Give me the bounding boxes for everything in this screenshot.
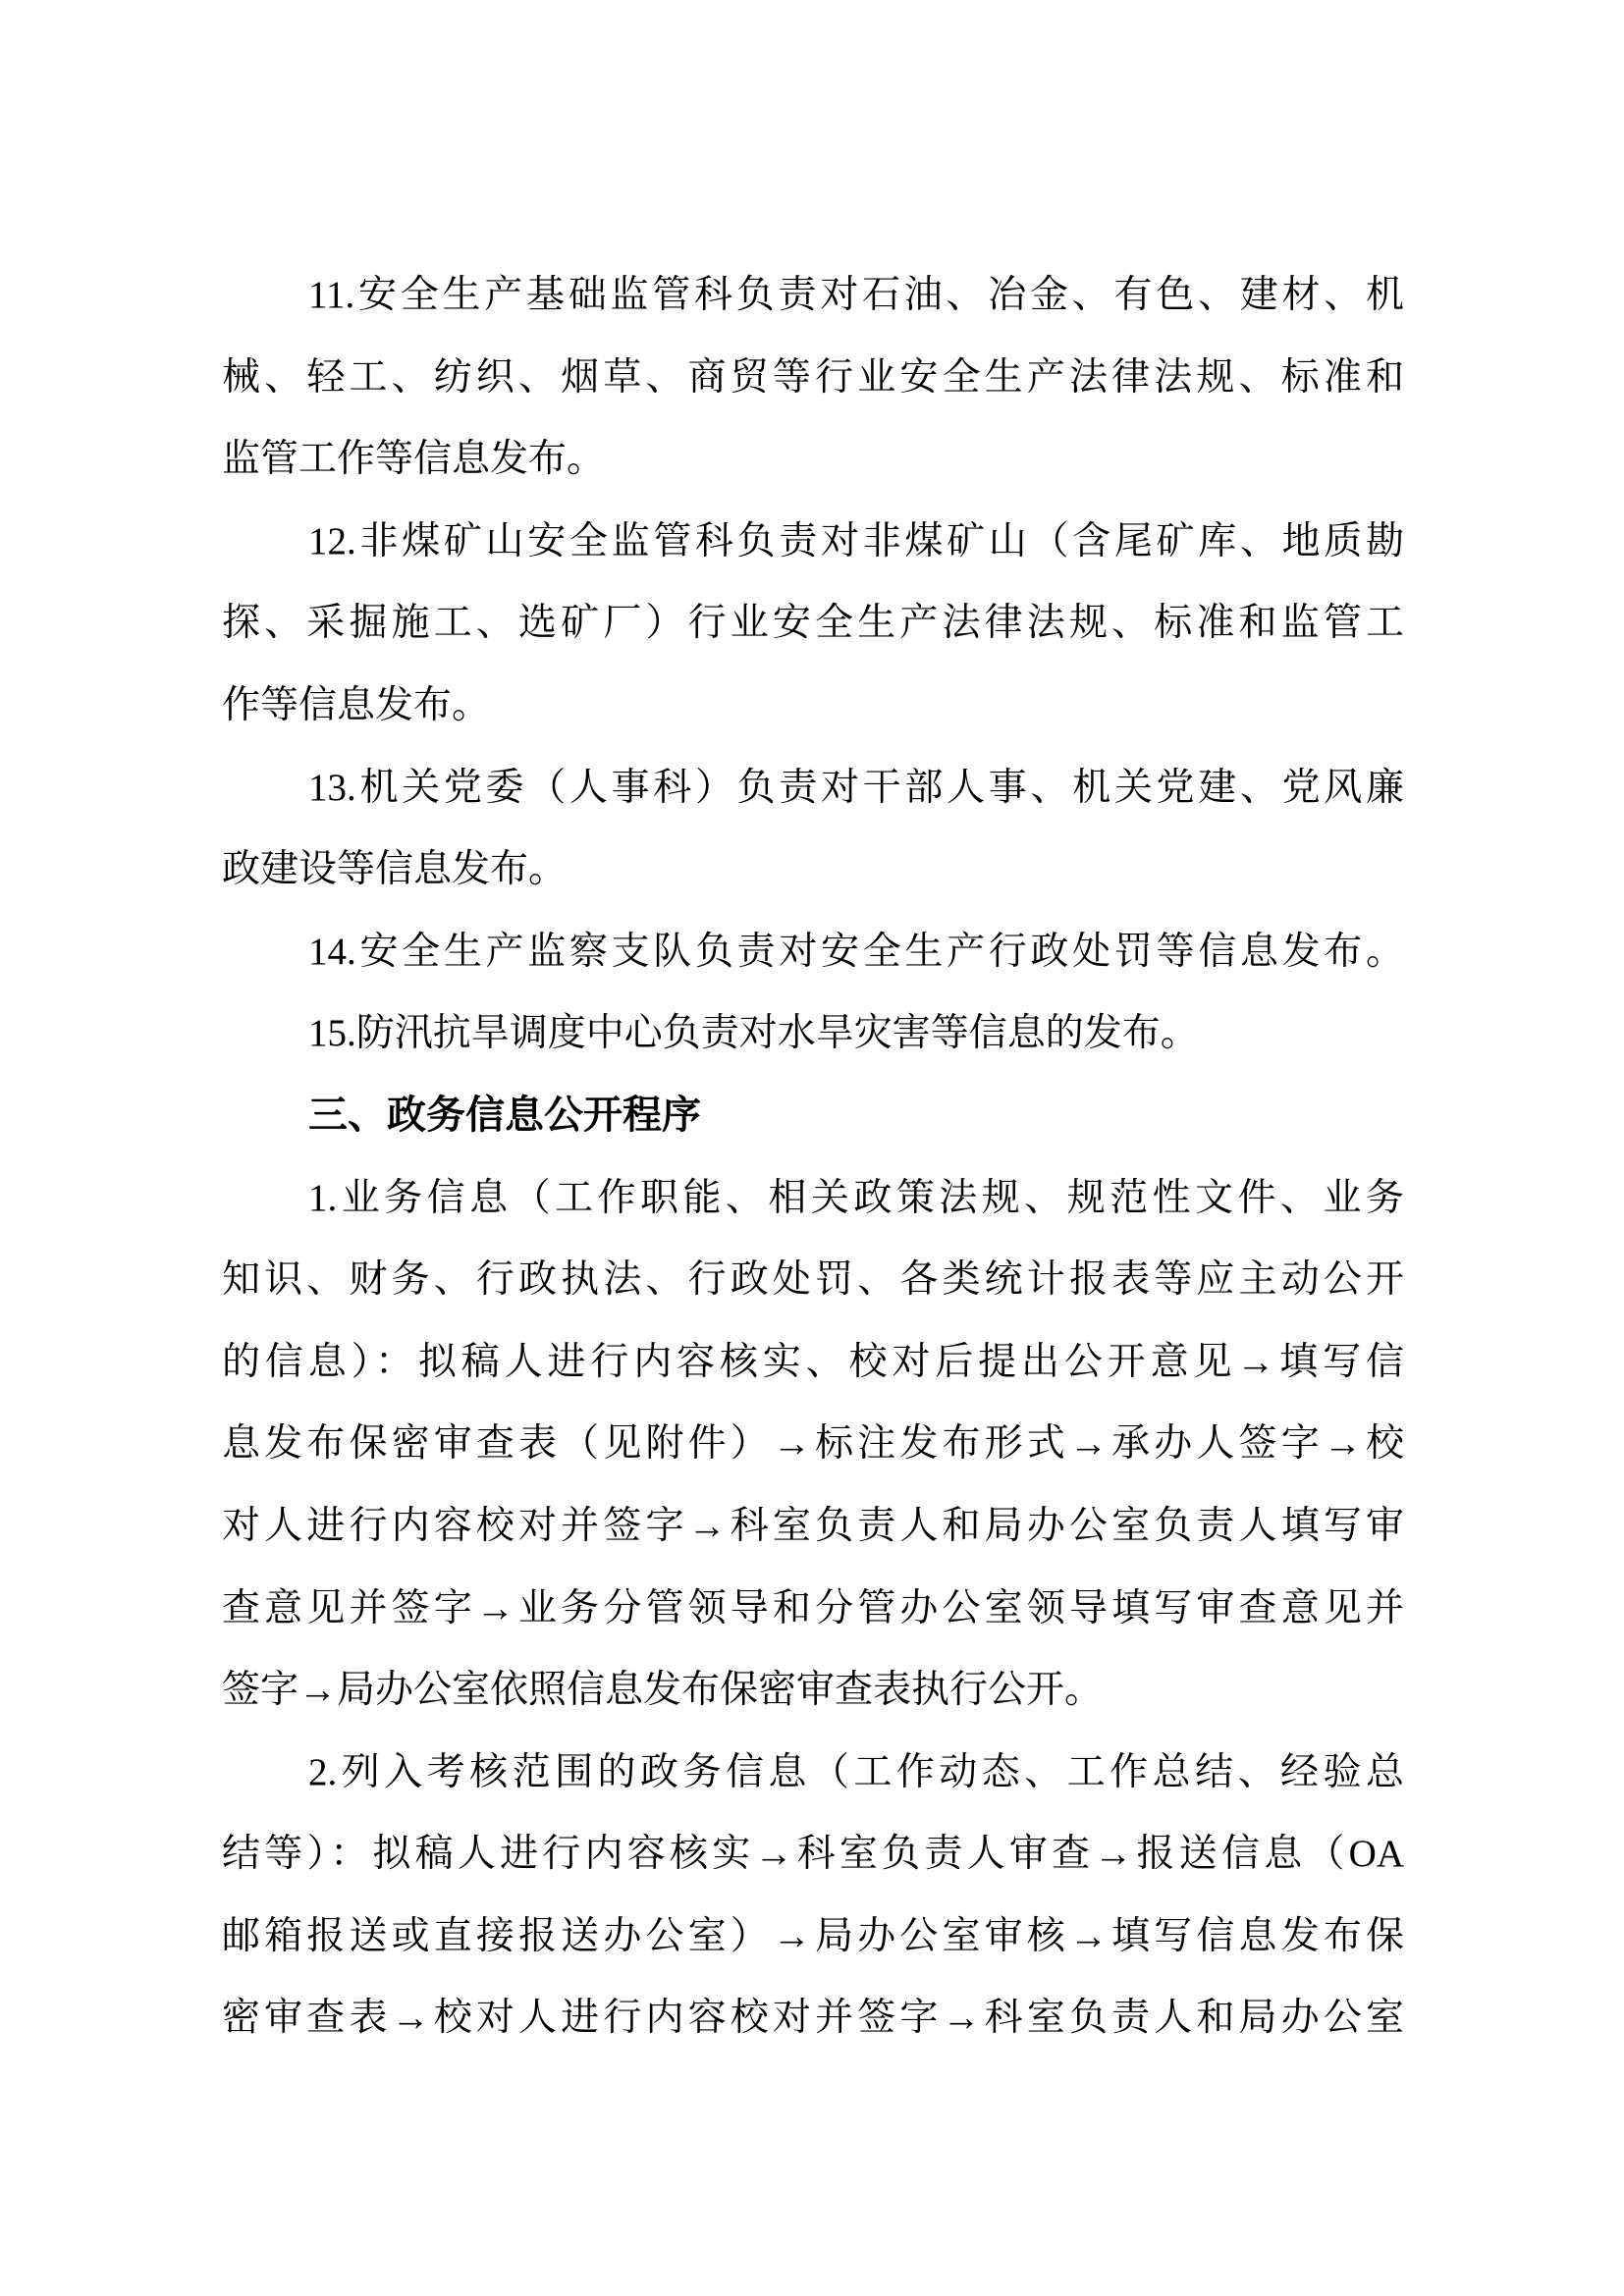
text-line-item12-1: 12.非煤矿山安全监管科负责对非煤矿山（含尾矿库、地质勘 (222, 501, 1404, 583)
text-line-proc1-3: 的信息）：拟稿人进行内容核实、校对后提出公开意见→填写信 (222, 1321, 1404, 1404)
text-line-proc1-1: 1.业务信息（工作职能、相关政策法规、规范性文件、业务 (222, 1157, 1404, 1240)
text-line-item14: 14.安全生产监察支队负责对安全生产行政处罚等信息发布。 (222, 911, 1404, 993)
text-line-proc1-2: 知识、财务、行政执法、行政处罚、各类统计报表等应主动公开 (222, 1239, 1404, 1321)
text-line-item11-3: 监管工作等信息发布。 (222, 418, 1404, 501)
text-line-proc2-3: 邮箱报送或直接报送办公室）→局办公室审核→填写信息发布保 (222, 1896, 1404, 1978)
document-page: 11.安全生产基础监管科负责对石油、冶金、有色、建材、机 械、轻工、纺织、烟草、… (0, 0, 1624, 2296)
section-heading: 三、政务信息公开程序 (222, 1075, 1404, 1157)
text-line-item11-1: 11.安全生产基础监管科负责对石油、冶金、有色、建材、机 (222, 254, 1404, 337)
text-line-proc1-4: 息发布保密审查表（见附件）→标注发布形式→承办人签字→校 (222, 1403, 1404, 1485)
text-line-item13-1: 13.机关党委（人事科）负责对干部人事、机关党建、党风廉 (222, 747, 1404, 829)
text-line-item12-3: 作等信息发布。 (222, 665, 1404, 747)
text-line-item13-2: 政建设等信息发布。 (222, 828, 1404, 911)
text-line-proc1-5: 对人进行内容校对并签字→科室负责人和局办公室负责人填写审 (222, 1485, 1404, 1568)
text-line-item11-2: 械、轻工、纺织、烟草、商贸等行业安全生产法律法规、标准和 (222, 337, 1404, 419)
text-line-proc1-7: 签字→局办公室依照信息发布保密审查表执行公开。 (222, 1649, 1404, 1732)
text-line-item15: 15.防汛抗旱调度中心负责对水旱灾害等信息的发布。 (222, 992, 1404, 1075)
text-line-proc2-1: 2.列入考核范围的政务信息（工作动态、工作总结、经验总 (222, 1732, 1404, 1814)
text-line-item12-2: 探、采掘施工、选矿厂）行业安全生产法律法规、标准和监管工 (222, 582, 1404, 665)
document-body: 11.安全生产基础监管科负责对石油、冶金、有色、建材、机 械、轻工、纺织、烟草、… (222, 254, 1404, 2059)
text-line-proc2-4: 密审查表→校对人进行内容校对并签字→科室负责人和局办公室 (222, 1977, 1404, 2059)
text-line-proc2-2: 结等）：拟稿人进行内容核实→科室负责人审查→报送信息（OA (222, 1813, 1404, 1896)
text-line-proc1-6: 查意见并签字→业务分管领导和分管办公室领导填写审查意见并 (222, 1568, 1404, 1650)
